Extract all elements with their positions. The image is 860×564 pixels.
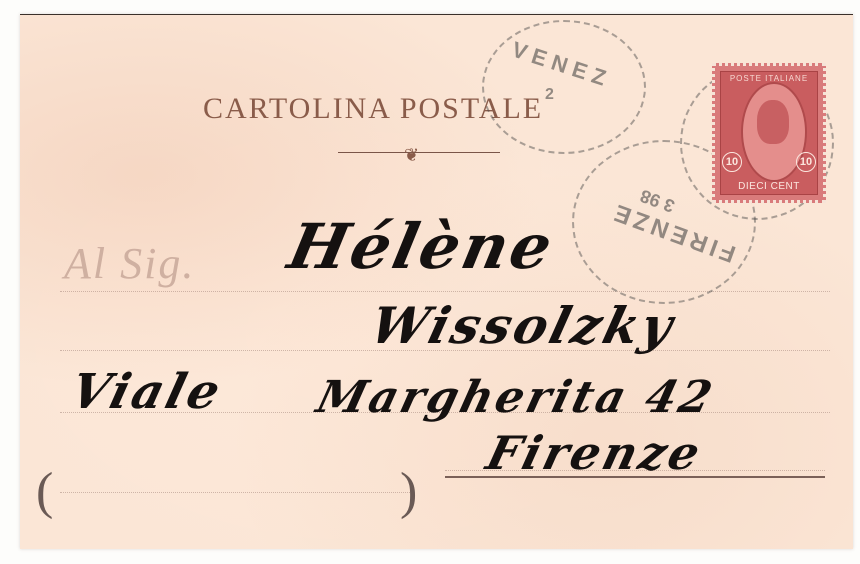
fleuron-ornament-icon: ❦ [404, 146, 419, 164]
postmark-venezia-date: 2 [545, 86, 554, 104]
postmark-venezia [482, 20, 646, 154]
king-portrait-icon [757, 100, 789, 144]
handwritten-street-word: Viale [65, 364, 228, 420]
postage-stamp: POSTE ITALIANE 10 10 DIECI CENT [712, 63, 826, 203]
stamp-frame: POSTE ITALIANE 10 10 DIECI CENT [720, 71, 818, 195]
address-line-1 [60, 291, 830, 292]
printed-salutation: Al Sig. [64, 238, 195, 289]
handwritten-last-name: Wissolzky [365, 296, 682, 355]
handwritten-street-name: Margherita 42 [312, 372, 720, 423]
stamp-value-right: 10 [796, 152, 816, 172]
stamp-value-left: 10 [722, 152, 742, 172]
left-parenthesis: ( [36, 462, 53, 521]
right-parenthesis: ) [400, 462, 417, 521]
address-line-4 [60, 492, 410, 493]
handwritten-city: Firenze [481, 426, 708, 480]
stamp-denomination: DIECI CENT [721, 181, 817, 192]
handwritten-first-name: Hélène [282, 210, 561, 283]
